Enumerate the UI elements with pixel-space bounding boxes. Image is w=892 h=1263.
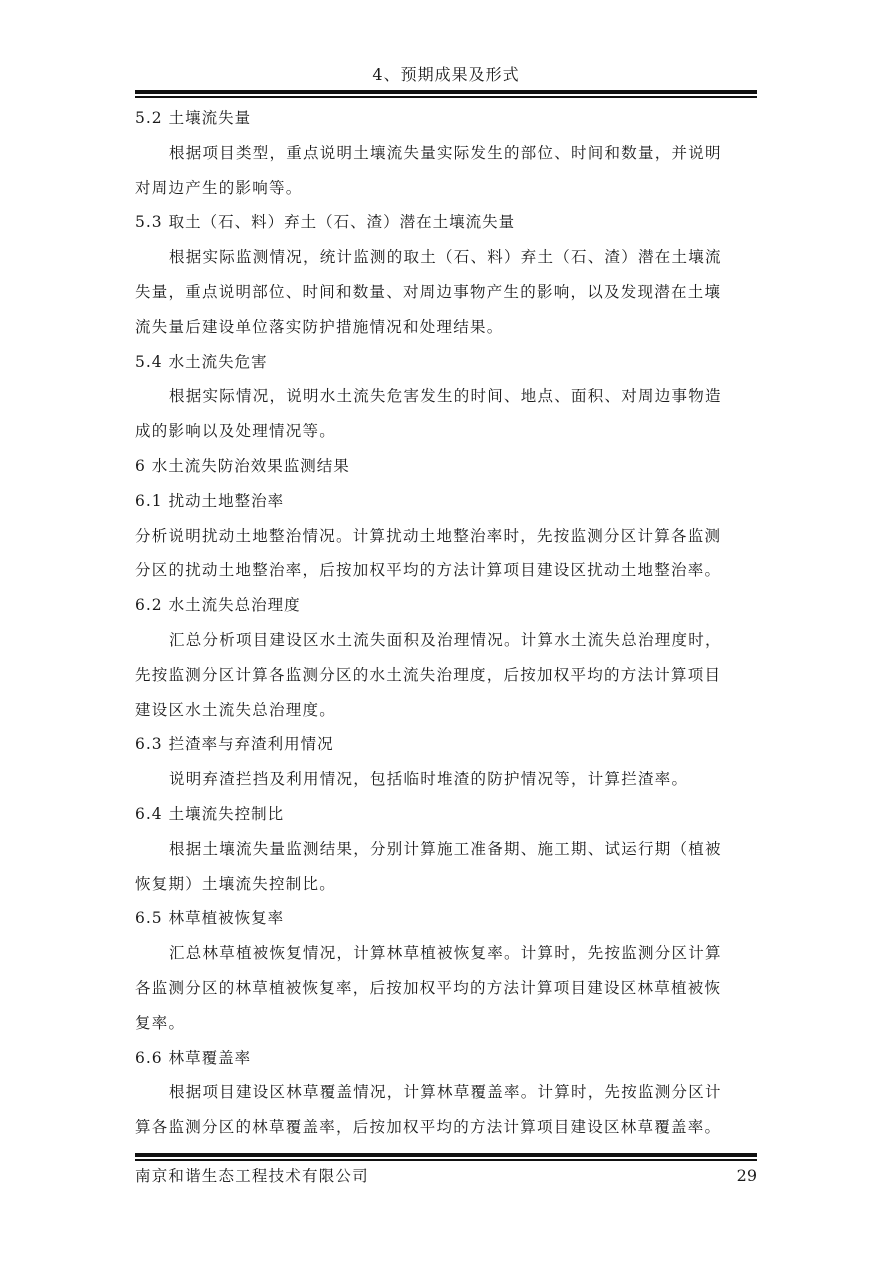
section-heading: 6.6 林草覆盖率 [135,1041,757,1076]
section-heading: 5.2 土壤流失量 [135,101,757,136]
paragraph-line: 复率。 [135,1006,757,1041]
section-heading: 6 水土流失防治效果监测结果 [135,449,757,484]
paragraph-line: 汇总分析项目建设区水土流失面积及治理情况。计算水土流失总治理度时， [135,623,757,658]
footer-rule-thick [135,1153,757,1157]
header-rule-thin [135,96,757,98]
page-header-title: 4、预期成果及形式 [135,64,757,86]
paragraph-line: 成的影响以及处理情况等。 [135,414,757,449]
paragraph-line: 先按监测分区计算各监测分区的水土流失治理度，后按加权平均的方法计算项目 [135,658,757,693]
section-heading: 5.3 取土（石、料）弃土（石、渣）潜在土壤流失量 [135,205,757,240]
section-heading: 6.1 扰动土地整治率 [135,484,757,519]
paragraph-line: 汇总林草植被恢复情况，计算林草植被恢复率。计算时，先按监测分区计算 [135,936,757,971]
paragraph-line: 失量，重点说明部位、时间和数量、对周边事物产生的影响，以及发现潜在土壤 [135,275,757,310]
paragraph-line: 各监测分区的林草植被恢复率，后按加权平均的方法计算项目建设区林草植被恢 [135,971,757,1006]
paragraph-line: 根据土壤流失量监测结果，分别计算施工准备期、施工期、试运行期（植被 [135,832,757,867]
paragraph-line: 根据项目类型，重点说明土壤流失量实际发生的部位、时间和数量，并说明 [135,136,757,171]
paragraph-line: 说明弃渣拦挡及利用情况，包括临时堆渣的防护情况等，计算拦渣率。 [135,762,757,797]
header-rule-thick [135,90,757,94]
paragraph-line: 根据实际情况，说明水土流失危害发生的时间、地点、面积、对周边事物造 [135,379,757,414]
section-heading: 6.3 拦渣率与弃渣利用情况 [135,727,757,762]
paragraph-line: 恢复期）土壤流失控制比。 [135,867,757,902]
section-heading: 6.5 林草植被恢复率 [135,901,757,936]
paragraph-line: 根据实际监测情况，统计监测的取土（石、料）弃土（石、渣）潜在土壤流 [135,240,757,275]
section-heading: 5.4 水土流失危害 [135,345,757,380]
paragraph-line: 分析说明扰动土地整治情况。计算扰动土地整治率时，先按监测分区计算各监测 [135,519,757,554]
paragraph-line: 流失量后建设单位落实防护措施情况和处理结果。 [135,310,757,345]
paragraph-line: 建设区水土流失总治理度。 [135,693,757,728]
section-heading: 6.4 土壤流失控制比 [135,797,757,832]
section-heading: 6.2 水土流失总治理度 [135,588,757,623]
footer-rule-thin [135,1159,757,1161]
paragraph-line: 分区的扰动土地整治率，后按加权平均的方法计算项目建设区扰动土地整治率。 [135,553,757,588]
paragraph-line: 对周边产生的影响等。 [135,171,757,206]
footer-company-name: 南京和谐生态工程技术有限公司 [135,1165,369,1187]
paragraph-line: 算各监测分区的林草覆盖率，后按加权平均的方法计算项目建设区林草覆盖率。 [135,1110,757,1145]
paragraph-line: 根据项目建设区林草覆盖情况，计算林草覆盖率。计算时，先按监测分区计 [135,1075,757,1110]
page-number: 29 [737,1165,757,1187]
document-body: 5.2 土壤流失量根据项目类型，重点说明土壤流失量实际发生的部位、时间和数量，并… [135,101,757,1145]
